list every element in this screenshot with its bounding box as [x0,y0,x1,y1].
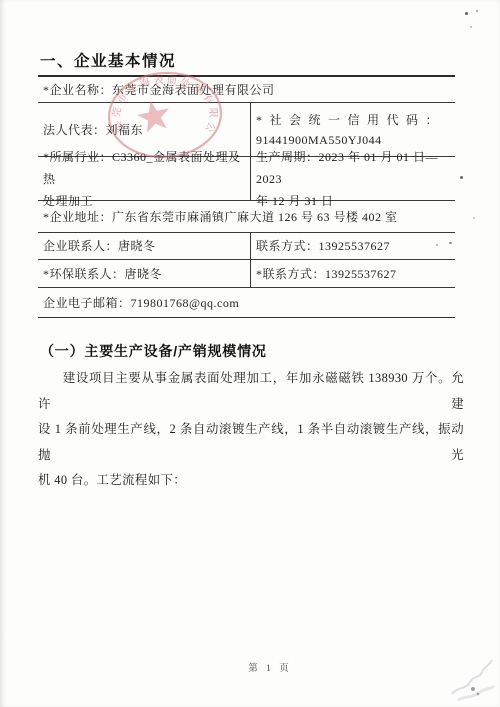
cell-text: *所属行业：C3360_金属表面处理及热 [43,146,245,190]
cell-env-contact-phone: *联系方式：13925537627 [250,260,455,287]
cell-text: *环保联系人：唐晓冬 [43,264,245,284]
cell-company-email: 企业电子邮箱：719801768@qq.com [38,288,455,317]
cell-text: *社会统一信用代码： [256,110,450,130]
scan-speck [473,217,475,219]
section1-title: 一、企业基本情况 [40,49,176,71]
table-row-email: 企业电子邮箱：719801768@qq.com [38,288,455,317]
cell-text: 生产周期：2023 年 01 月 01 日—2023 [256,146,450,190]
table-row-env-contact: *环保联系人：唐晓冬 *联系方式：13925537627 [38,260,455,288]
scan-speck [465,12,468,15]
cell-company-address: *企业地址：广东省东莞市麻涌镇广麻大道 126 号 63 号楼 402 室 [38,201,455,232]
cell-text: *企业名称：东莞市金海表面处理有限公司 [43,80,450,100]
scan-speck [470,26,472,28]
cell-contact-phone: 联系方式：13925537627 [250,233,455,259]
cell-text: 企业联系人：唐晓冬 [43,236,245,256]
document-page: 一、企业基本情况 *企业名称：东莞市金海表面处理有限公司 法人代表：刘福东 *社… [0,0,500,707]
paragraph-line: 设 1 条前处理生产线，2 条自动滚镀生产线，1 条半自动滚镀生产线，振动抛光 [38,417,464,468]
cell-contact-person: 企业联系人：唐晓冬 [38,233,250,259]
cell-text: *联系方式：13925537627 [256,264,450,284]
table-row-industry-period: *所属行业：C3360_金属表面处理及热 处理加工 生产周期：2023 年 01… [38,157,455,201]
paragraph-line: 建设项目主要从事金属表面处理加工，年加永磁磁铁 138930 万个。允许建 [38,366,464,417]
paragraph-line: 机 40 台。工艺流程如下： [38,468,464,494]
footer-page-number: 第 1 页 [230,660,310,674]
cell-text: 联系方式：13925537627 [256,236,450,256]
cell-text: 法人代表：刘福东 [43,120,245,140]
table-row-address: *企业地址：广东省东莞市麻涌镇广麻大道 126 号 63 号楼 402 室 [38,201,455,233]
company-info-table: *企业名称：东莞市金海表面处理有限公司 法人代表：刘福东 *社会统一信用代码： … [38,75,455,318]
scan-speck [460,176,463,179]
scan-speck [436,244,438,246]
scan-speck [476,10,478,12]
cell-production-period: 生产周期：2023 年 01 月 01 日—2023 年 12 月 31 日 [250,157,455,200]
cell-industry: *所属行业：C3360_金属表面处理及热 处理加工 [38,157,250,200]
cell-company-name: *企业名称：东莞市金海表面处理有限公司 [38,77,455,102]
scan-smudge [442,650,498,706]
table-row-company-contact: 企业联系人：唐晓冬 联系方式：13925537627 [38,233,455,260]
cell-env-contact-person: *环保联系人：唐晓冬 [38,260,250,287]
cell-text: 企业电子邮箱：719801768@qq.com [43,293,450,313]
production-description-paragraph: 建设项目主要从事金属表面处理加工，年加永磁磁铁 138930 万个。允许建 设 … [38,366,464,494]
cell-text: *企业地址：广东省东莞市麻涌镇广麻大道 126 号 63 号楼 402 室 [43,207,450,227]
table-row-company-name: *企业名称：东莞市金海表面处理有限公司 [38,77,455,103]
scan-speck [449,242,452,244]
section2-title: （一）主要生产设备/产销规模情况 [40,341,267,361]
